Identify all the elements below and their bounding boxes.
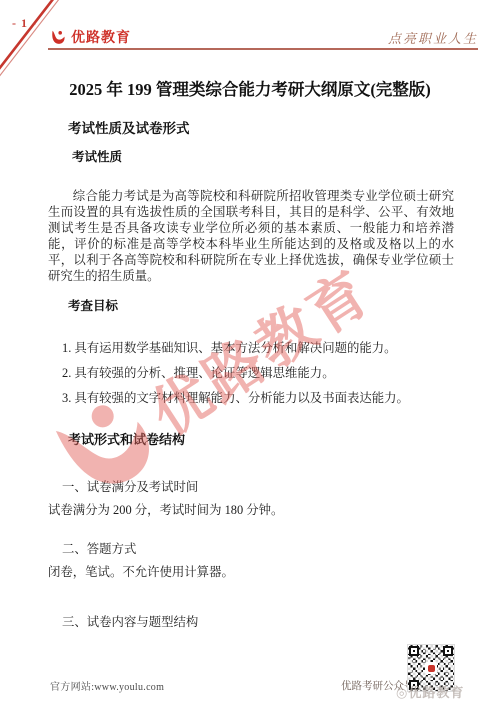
brand-logo-text: 优路教育	[71, 27, 131, 47]
goal-item: 1. 具有运用数学基础知识、基本方法分析和解决问题的能力。	[62, 338, 397, 356]
qr-center-logo-icon	[425, 662, 437, 674]
header-rule-divider	[48, 48, 478, 50]
goal-item: 3. 具有较强的文字材料理解能力、分析能力以及书面表达能力。	[62, 388, 409, 406]
official-website-label: 官方网站:www.youlu.com	[50, 678, 164, 693]
subsection-heading-score-time: 一、试卷满分及考试时间	[62, 477, 198, 495]
qr-finder-icon	[409, 646, 419, 656]
brand-slogan: 点亮职业人生	[388, 28, 478, 47]
section-heading-part1: 考试性质及试卷形式	[68, 117, 190, 137]
section-heading-goals: 考查目标	[68, 296, 118, 314]
qr-finder-icon	[443, 646, 453, 656]
goal-item: 2. 具有较强的分析、推理、论证等逻辑思维能力。	[62, 363, 335, 381]
document-page: - 1 - 优路教育 点亮职业人生 2025 年 199 管理类综合能力考研大纲…	[0, 0, 500, 708]
subsection-heading-content-types: 三、试卷内容与题型结构	[62, 612, 198, 630]
document-title: 2025 年 199 管理类综合能力考研大纲原文(完整版)	[0, 76, 500, 100]
section-heading-exam-nature: 考试性质	[72, 147, 122, 165]
section-heading-structure: 考试形式和试卷结构	[68, 429, 185, 448]
youlu-logo-icon	[50, 29, 67, 46]
subsection-body-score-time: 试卷满分为 200 分，考试时间为 180 分钟。	[48, 500, 283, 518]
brand-logo: 优路教育	[50, 27, 131, 47]
exam-nature-paragraph: 综合能力考试是为高等院校和科研院所招收管理类专业学位硕士研究生而设置的具有选拔性…	[48, 188, 454, 284]
gray-watermark-badge: ◎优路教育	[396, 682, 464, 701]
subsection-heading-answer-mode: 二、答题方式	[62, 539, 136, 557]
page-number: - 1 -	[12, 16, 37, 31]
subsection-body-answer-mode: 闭卷，笔试。不允许使用计算器。	[48, 562, 234, 580]
